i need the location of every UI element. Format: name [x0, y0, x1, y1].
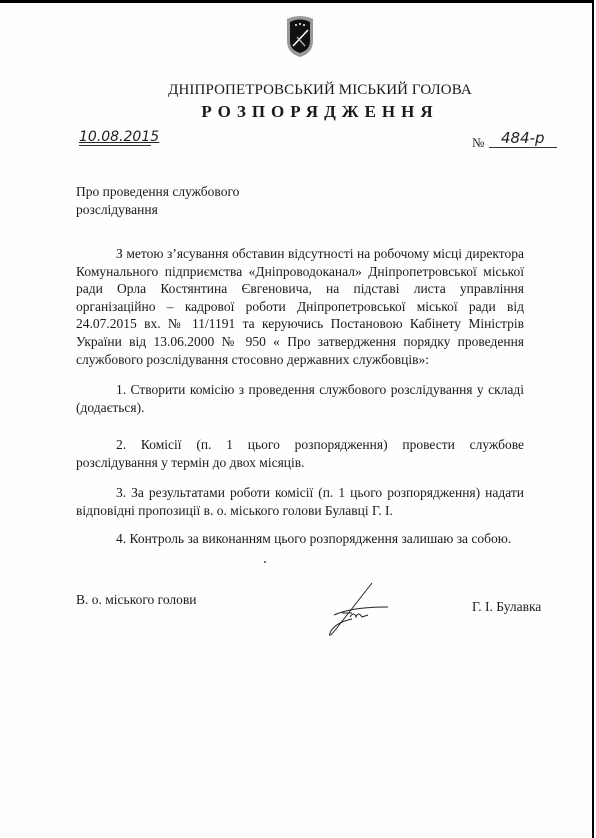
intro-text: З метою з’ясування обставин відсутності … [76, 246, 524, 367]
item-1: 1. Створити комісію з проведення службов… [76, 381, 524, 416]
subject-line-1: Про проведення службового [76, 183, 239, 201]
intro-paragraph: З метою з’ясування обставин відсутності … [76, 245, 524, 368]
item-3: 3. За результатами роботи комісії (п. 1 … [76, 484, 524, 519]
document-page: ДНІПРОПЕТРОВСЬКИЙ МІСЬКИЙ ГОЛОВА РОЗПОРЯ… [0, 0, 594, 838]
item-text: 3. За результатами роботи комісії (п. 1 … [76, 485, 524, 518]
subject-line-2: розслідування [76, 201, 239, 219]
document-date: 10.08.2015 [79, 129, 151, 146]
document-subject: Про проведення службового розслідування [76, 183, 239, 219]
issuer-heading: ДНІПРОПЕТРОВСЬКИЙ МІСЬКИЙ ГОЛОВА [0, 82, 594, 99]
signatory-position: В. о. міського голови [76, 592, 197, 608]
scan-speck [264, 561, 266, 563]
signatory-name: Г. І. Булавка [472, 599, 541, 615]
document-number: 484-р [489, 129, 557, 148]
handwritten-signature-icon [322, 581, 394, 639]
item-4: 4. Контроль за виконанням цього розпоряд… [76, 530, 524, 548]
item-text: 4. Контроль за виконанням цього розпоряд… [116, 531, 511, 546]
document-title: РОЗПОРЯДЖЕННЯ [0, 102, 594, 122]
item-2: 2. Комісії (п. 1 цього розпорядження) пр… [76, 436, 524, 471]
number-label: № [472, 135, 484, 151]
item-text: 1. Створити комісію з проведення службов… [76, 382, 524, 415]
item-text: 2. Комісії (п. 1 цього розпорядження) пр… [76, 437, 524, 470]
coat-of-arms-icon [283, 13, 317, 59]
